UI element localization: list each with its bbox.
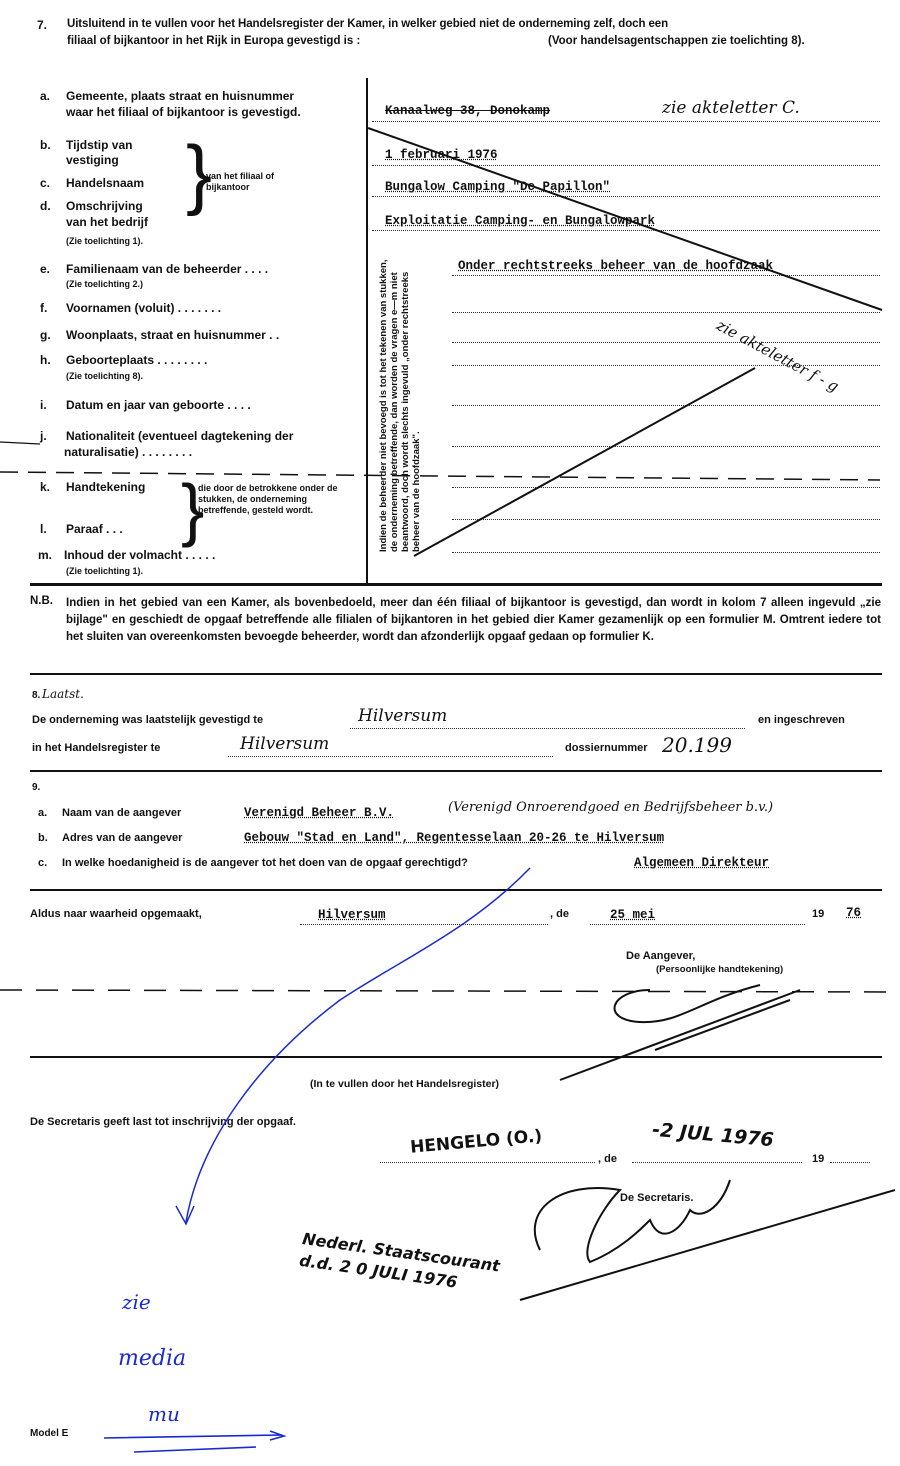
blue-arrow-head: [176, 1206, 194, 1224]
blue-underline-1: [104, 1431, 284, 1440]
secretary-signature: [520, 1180, 895, 1300]
aangever-signature: [560, 985, 800, 1080]
blue-arrow-line: [186, 868, 530, 1222]
dashed-line-jk: [0, 472, 880, 480]
margin-mark: [0, 442, 40, 444]
pen-strokes-overlay: [0, 0, 900, 1466]
strike-line-upper: [368, 128, 882, 310]
dashed-signature-line: [0, 990, 900, 992]
strike-line-lower: [414, 368, 755, 556]
blue-underline-2: [134, 1447, 256, 1452]
